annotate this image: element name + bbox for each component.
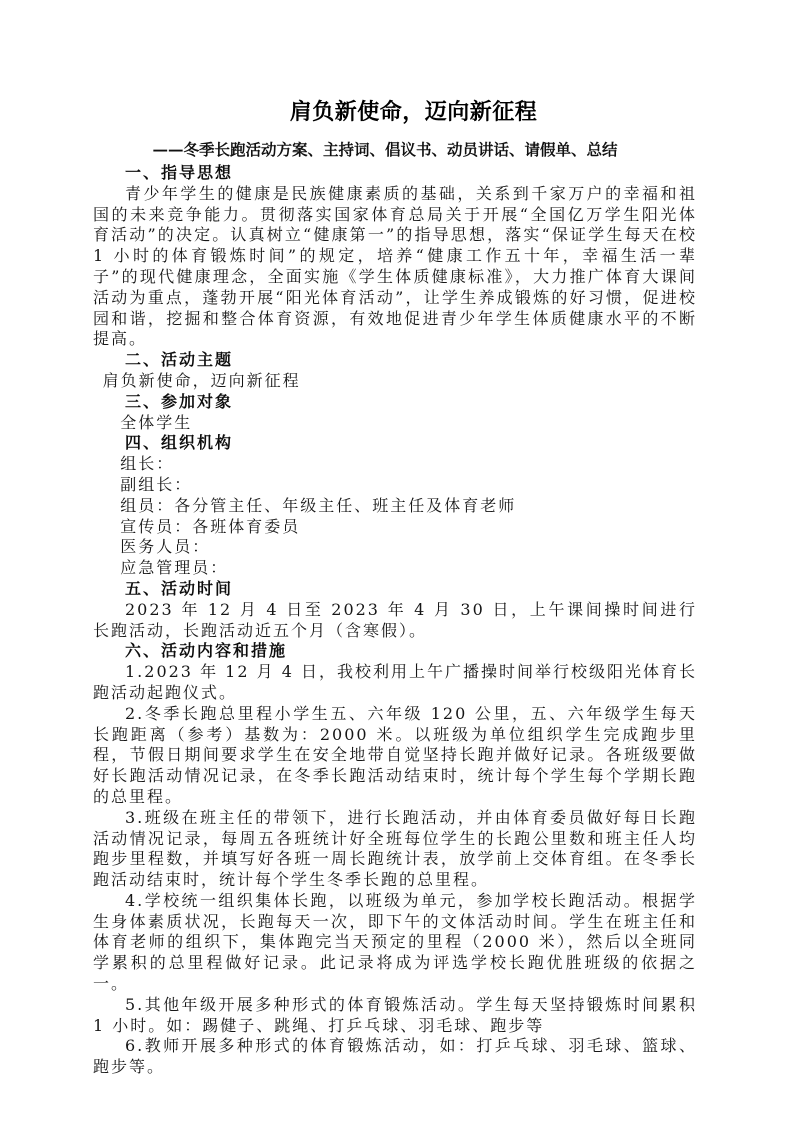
heading-participants: 三、参加对象 [93, 392, 697, 413]
heading-guiding-ideology: 一、指导思想 [93, 163, 697, 184]
heading-activity-theme: 二、活动主题 [93, 350, 697, 371]
org-deputy-leader-line: 副组长： [93, 475, 697, 496]
doc-title: 肩负新使命，迈向新征程 [93, 97, 697, 127]
measure-item-3: 3.班级在班主任的带领下，进行长跑活动，并由体育委员做好每日长跑活动情况记录，每… [93, 808, 697, 891]
org-publicity-line: 宣传员：各班体育委员 [93, 517, 697, 538]
participants-line: 全体学生 [93, 413, 697, 434]
document-content: 肩负新使命，迈向新征程 ——冬季长跑活动方案、主持词、倡议书、动员讲话、请假单、… [93, 97, 697, 1078]
para-guiding-ideology: 青少年学生的健康是民族健康素质的基础，关系到千家万户的幸福和祖国的未来竞争能力。… [93, 184, 697, 350]
doc-subtitle: ——冬季长跑活动方案、主持词、倡议书、动员讲话、请假单、总结 [93, 139, 697, 161]
org-emergency-line: 应急管理员： [93, 558, 697, 579]
measure-item-6: 6.教师开展多种形式的体育锻炼活动，如：打乒乓球、羽毛球、篮球、跑步等。 [93, 1036, 697, 1078]
measure-item-1: 1.2023 年 12 月 4 日，我校利用上午广播操时间举行校级阳光体育长跑活… [93, 662, 697, 704]
org-leader-line: 组长： [93, 454, 697, 475]
heading-content-measures: 六、活动内容和措施 [93, 641, 697, 662]
theme-line: 肩负新使命，迈向新征程 [93, 371, 697, 392]
org-medical-line: 医务人员： [93, 537, 697, 558]
org-members-line: 组员：各分管主任、年级主任、班主任及体育老师 [93, 496, 697, 517]
measure-item-5: 5.其他年级开展多种形式的体育锻炼活动。学生每天坚持锻炼时间累积 1 小时。如：… [93, 995, 697, 1037]
document-page: 肩负新使命，迈向新征程 ——冬季长跑活动方案、主持词、倡议书、动员讲话、请假单、… [0, 0, 793, 1122]
activity-time-para: 2023 年 12 月 4 日至 2023 年 4 月 30 日，上午课间操时间… [93, 600, 697, 642]
measure-item-4: 4.学校统一组织集体长跑，以班级为单元，参加学校长跑活动。根据学生身体素质状况，… [93, 891, 697, 995]
measure-item-2: 2.冬季长跑总里程小学生五、六年级 120 公里，五、六年级学生每天长跑距离（参… [93, 704, 697, 808]
doc-body: 一、指导思想 青少年学生的健康是民族健康素质的基础，关系到千家万户的幸福和祖国的… [93, 163, 697, 1078]
heading-organization: 四、组织机构 [93, 433, 697, 454]
heading-activity-time: 五、活动时间 [93, 579, 697, 600]
